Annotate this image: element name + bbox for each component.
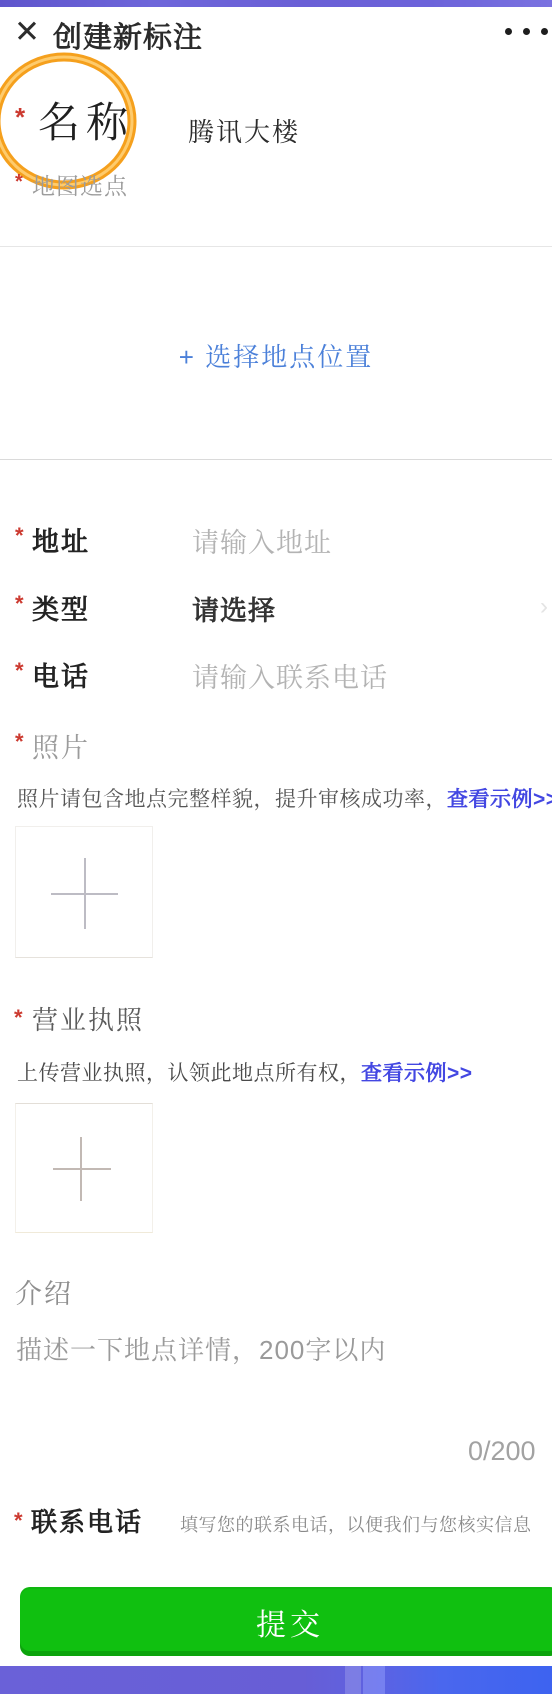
- required-asterisk: *: [15, 171, 23, 194]
- photo-example-link[interactable]: 查看示例>>: [447, 788, 552, 811]
- name-input[interactable]: 腾讯大楼: [188, 112, 300, 149]
- phone-input[interactable]: 请输入联系电话: [192, 656, 388, 695]
- field-row-type: * 类型 请选择 ›: [0, 588, 552, 624]
- address-input[interactable]: 请输入地址: [192, 521, 332, 560]
- required-asterisk: *: [15, 729, 24, 755]
- phone-label: 电话: [32, 655, 90, 694]
- required-asterisk: *: [14, 1508, 23, 1534]
- close-icon[interactable]: ✕: [14, 16, 40, 47]
- name-label: 名称: [38, 90, 134, 150]
- submit-button[interactable]: 提交: [20, 1587, 552, 1656]
- type-label: 类型: [32, 588, 90, 627]
- contact-phone-label: 联系电话: [31, 1502, 143, 1539]
- page-title: 创建新标注: [53, 15, 203, 56]
- type-select[interactable]: 请选择: [192, 589, 276, 628]
- create-annotation-page: ✕ 创建新标注 * 名称 腾讯大楼 * 地图选点 + 选择地点位置 * 地址 请…: [0, 0, 552, 1694]
- contact-phone-input[interactable]: 填写您的联系电话，以便我们与您核实信息: [180, 1511, 532, 1537]
- photo-upload-box[interactable]: [15, 826, 153, 958]
- top-decoration-bar: [0, 0, 552, 7]
- chevron-right-icon: ›: [540, 593, 548, 621]
- select-location-link[interactable]: + 选择地点位置: [0, 247, 552, 374]
- intro-char-counter: 0/200: [468, 1436, 536, 1467]
- map-pick-box[interactable]: + 选择地点位置: [0, 246, 552, 460]
- required-asterisk: *: [14, 1005, 23, 1031]
- intro-textarea[interactable]: 描述一下地点详情，200字以内: [16, 1330, 386, 1367]
- license-example-link[interactable]: 查看示例>>: [361, 1062, 473, 1085]
- license-note-text: 上传营业执照，认领此地点所有权，: [17, 1062, 361, 1085]
- required-asterisk: *: [15, 591, 24, 617]
- required-asterisk: *: [15, 523, 24, 549]
- intro-section-label: 介绍: [15, 1272, 73, 1311]
- required-asterisk: *: [15, 102, 25, 133]
- license-section-label: 营业执照: [32, 1000, 144, 1037]
- license-note: 上传营业执照，认领此地点所有权，查看示例>>: [17, 1057, 473, 1087]
- photo-note-text: 照片请包含地点完整样貌，提升审核成功率，: [17, 788, 447, 811]
- photo-section-label: 照片: [32, 726, 90, 765]
- field-row-phone: * 电话 请输入联系电话: [0, 655, 552, 691]
- required-asterisk: *: [15, 658, 24, 684]
- map-pick-label: 地图选点: [32, 168, 128, 201]
- more-menu-icon[interactable]: [505, 28, 548, 35]
- field-row-address: * 地址 请输入地址: [0, 520, 552, 556]
- photo-note: 照片请包含地点完整样貌，提升审核成功率，查看示例>>: [17, 783, 552, 813]
- license-upload-box[interactable]: [15, 1103, 153, 1233]
- bottom-decoration-bar: [0, 1666, 552, 1694]
- field-row-contact-phone: * 联系电话 填写您的联系电话，以便我们与您核实信息: [0, 1502, 552, 1538]
- address-label: 地址: [32, 520, 90, 559]
